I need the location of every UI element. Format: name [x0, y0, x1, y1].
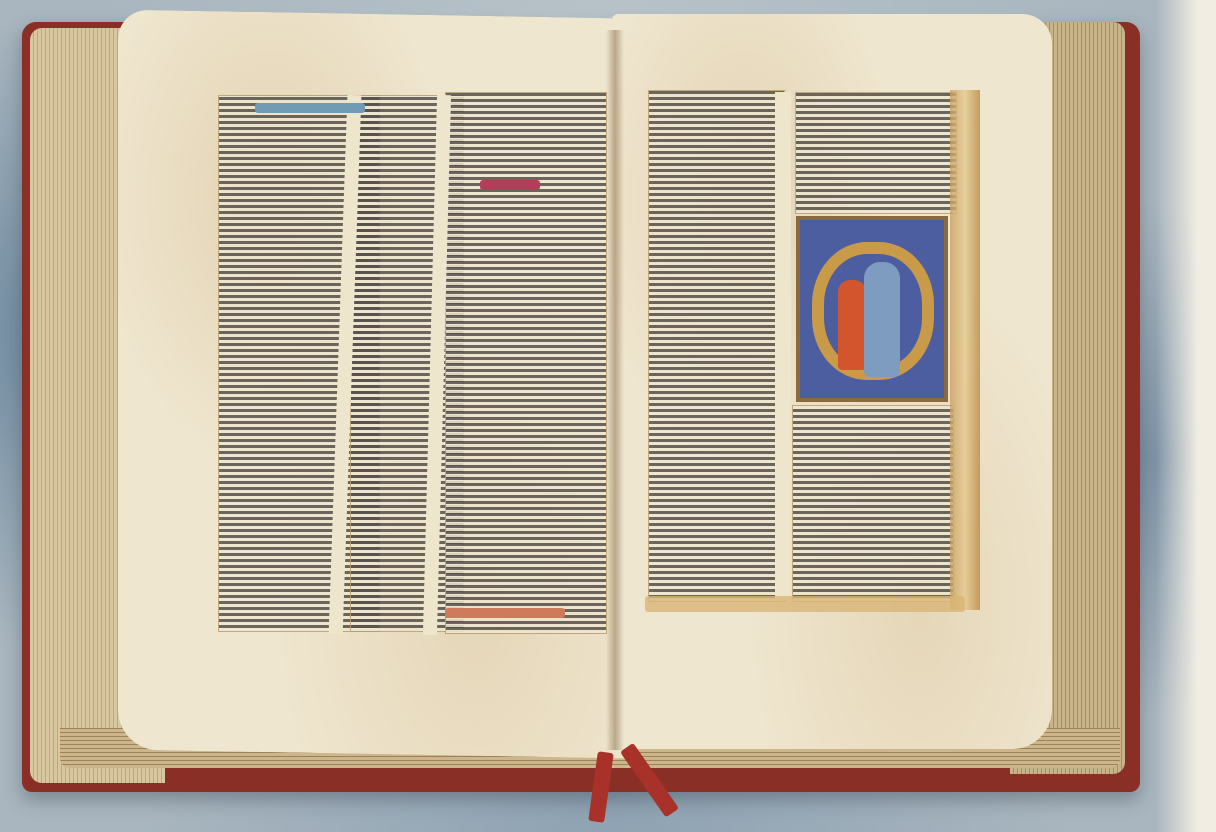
figure-in-red [838, 280, 866, 370]
illuminated-miniature [796, 216, 948, 402]
column-divider [775, 92, 791, 600]
red-rubric [480, 180, 540, 190]
footer-rubric [445, 608, 565, 618]
right-text-column-2-bottom [792, 405, 954, 602]
book-gutter [606, 30, 624, 750]
right-text-column-1 [648, 90, 785, 602]
gold-footer-band [645, 596, 965, 612]
blue-rubric [255, 103, 365, 113]
figure-in-blue [864, 262, 900, 377]
gold-vine-border [950, 90, 980, 610]
paper-edge [1156, 0, 1216, 832]
right-text-column-2-top [795, 92, 957, 214]
left-text-column-3 [445, 92, 607, 634]
